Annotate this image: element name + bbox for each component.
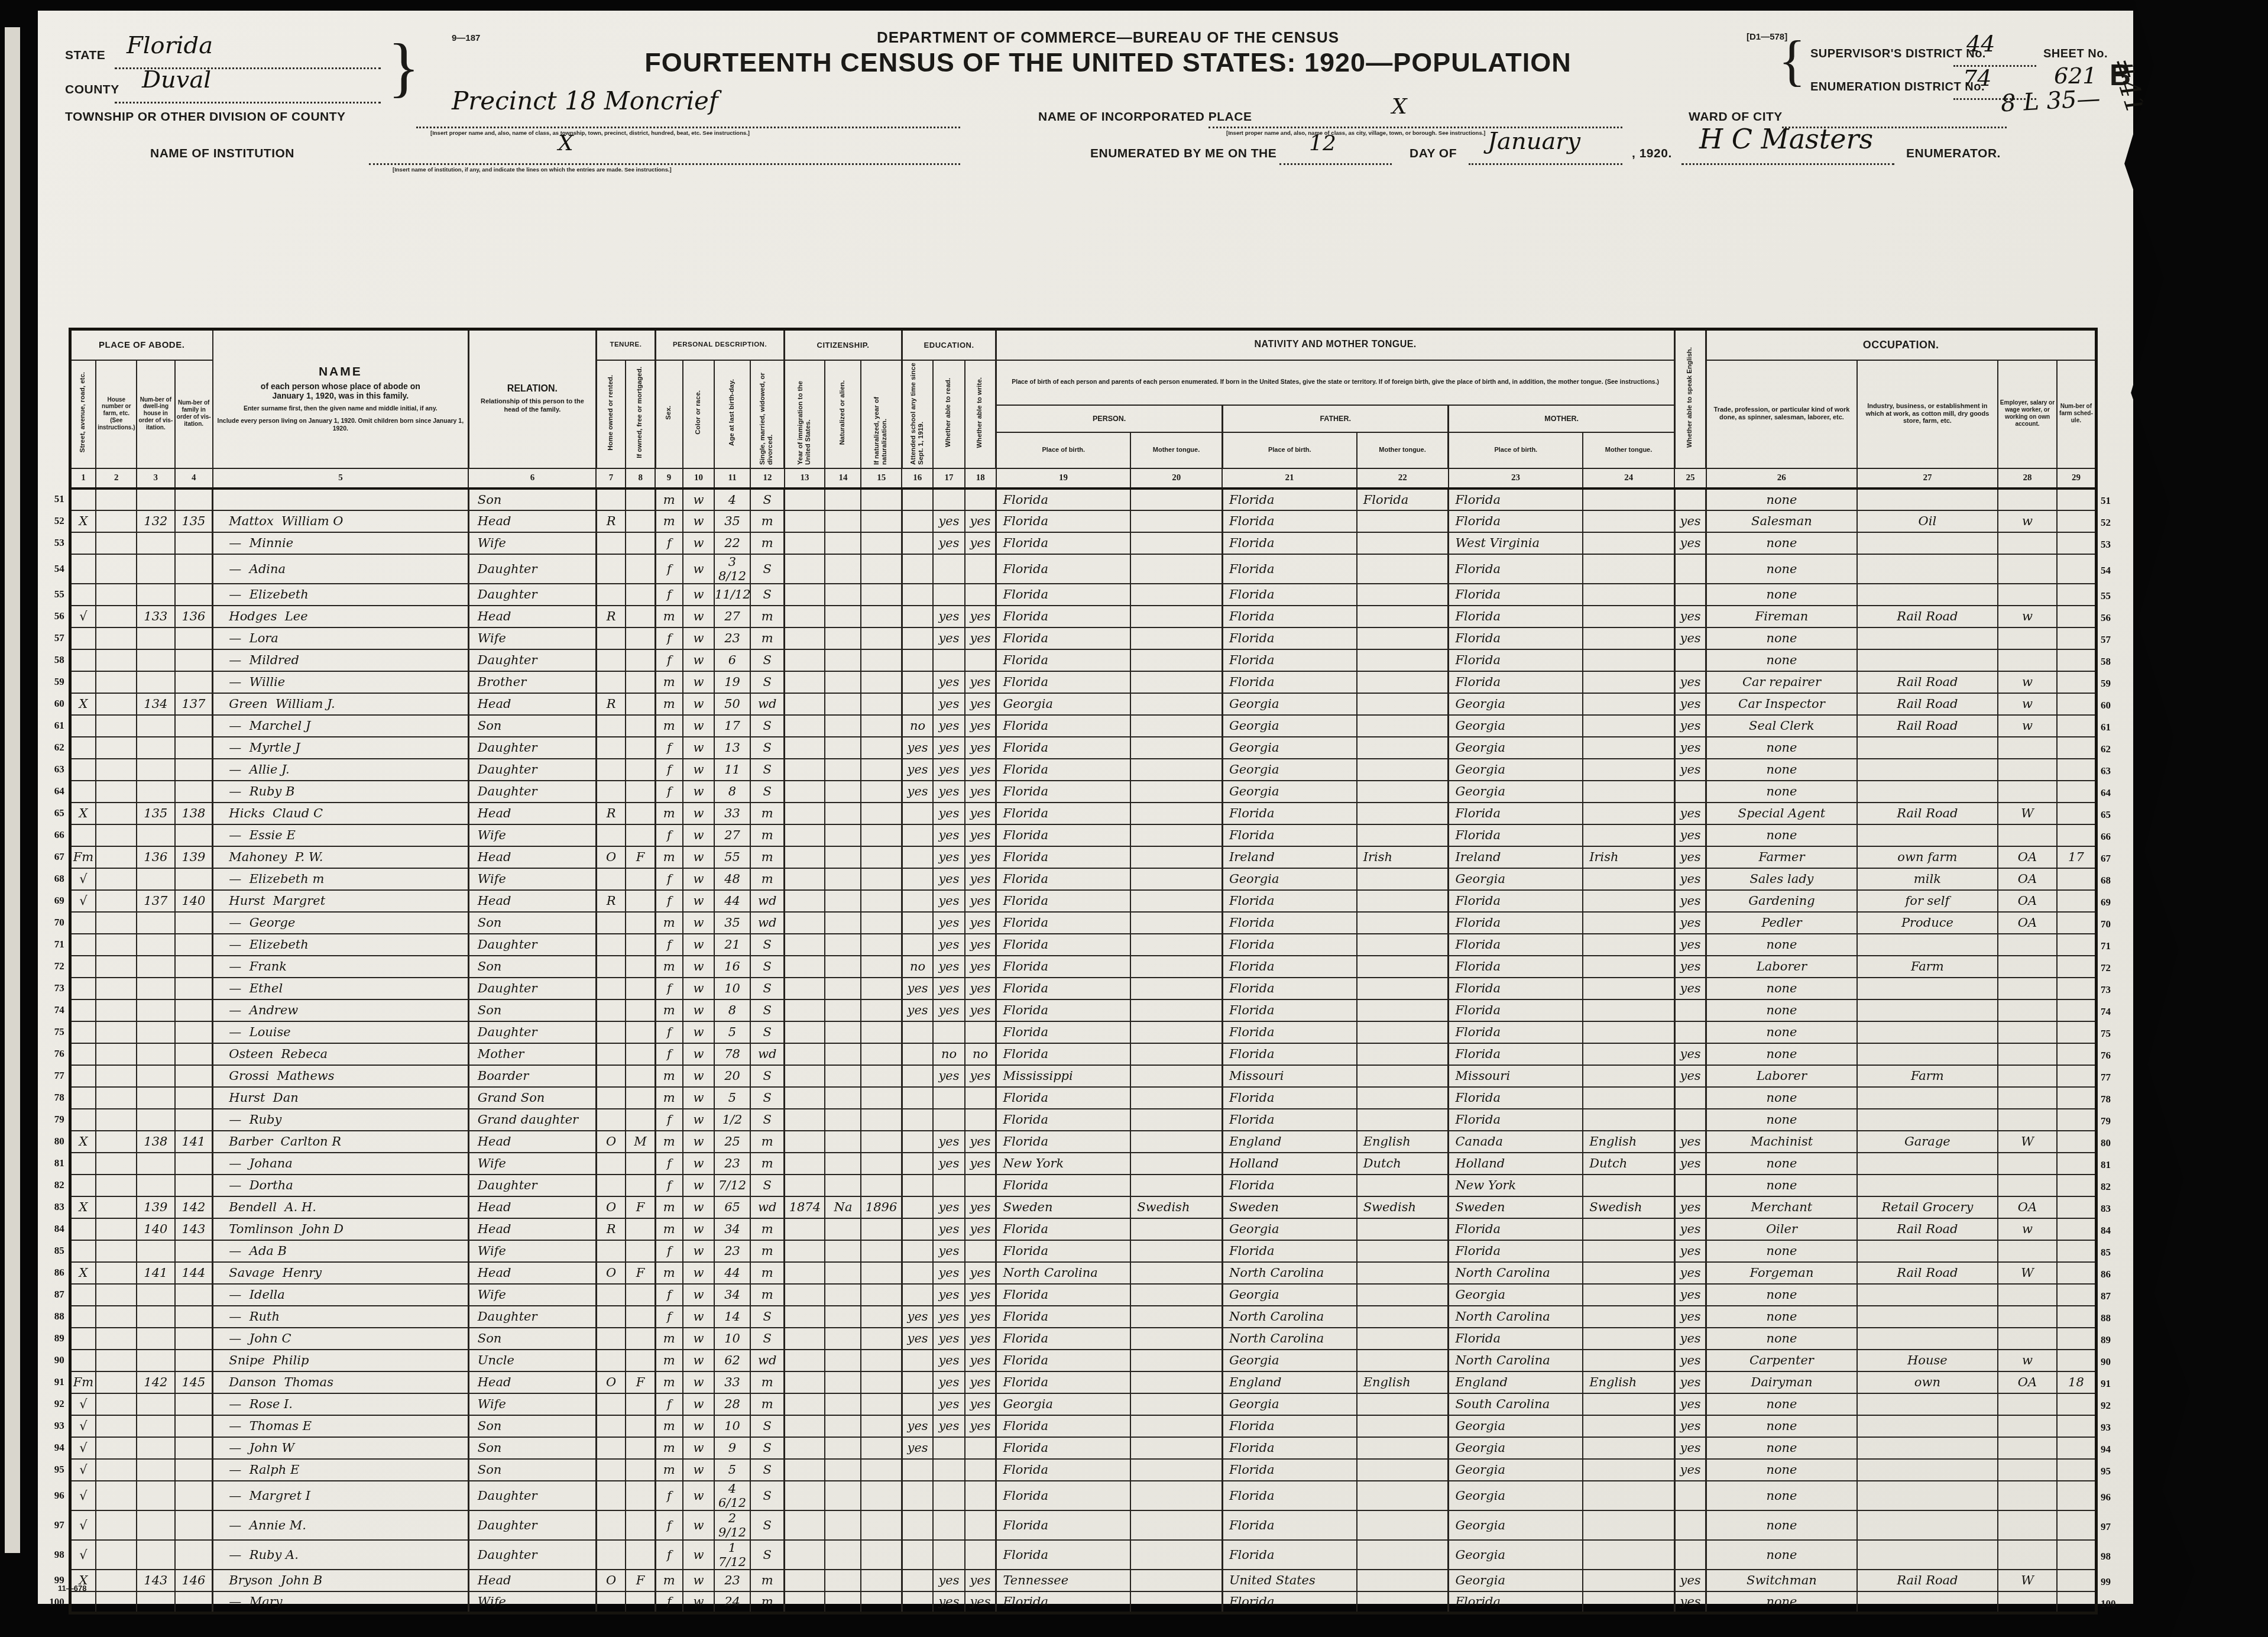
cell-industry: own: [1857, 1371, 1998, 1393]
cell-free-mortgaged: [626, 606, 655, 627]
cell-sex: f: [655, 934, 683, 956]
cell-age: 21: [714, 934, 750, 956]
cell-naturalized: [825, 868, 861, 890]
cell-name: — Ralph E: [213, 1459, 468, 1481]
cell-attended-school: [902, 1284, 933, 1306]
column-header-family-number: Num-ber of family in order of vis-itatio…: [175, 360, 213, 468]
cell-marital: m: [750, 510, 785, 532]
cell-speaks-english: yes: [1674, 1262, 1706, 1284]
cell-family-number: [175, 956, 213, 978]
cell-trade: none: [1706, 759, 1857, 781]
cell-speaks-english: yes: [1674, 510, 1706, 532]
cell-mother-tongue: [1130, 1262, 1222, 1284]
cell-naturalized: [825, 1175, 861, 1196]
cell-street-mark: [70, 781, 96, 803]
cell-name: — Andrew: [213, 999, 468, 1021]
census-row: 54 — Adina Daughter f w 3 8/12 S Florida…: [45, 554, 2123, 584]
cell-mother-tongue: [1130, 890, 1222, 912]
cell-street-mark: [70, 627, 96, 649]
column-header-street: Street, avenue, road, etc.: [70, 360, 96, 468]
cell-marital: S: [750, 759, 785, 781]
cell-industry: [1857, 1087, 1998, 1109]
cell-speaks-english: [1674, 1510, 1706, 1540]
cell-mother-tongue: [1130, 934, 1222, 956]
cell-street-mark: [70, 649, 96, 671]
cell-sex: f: [655, 1591, 683, 1613]
cell-home-owned: O: [596, 1131, 626, 1153]
cell-relation: Daughter: [468, 1306, 596, 1328]
cell-marital: wd: [750, 1196, 785, 1218]
cell-color: w: [683, 584, 714, 606]
census-row: 61 — Marchel J Son m w 17 S no yes yes F…: [45, 715, 2123, 737]
cell-able-to-read: yes: [933, 956, 964, 978]
cell-color: w: [683, 1131, 714, 1153]
cell-home-owned: [596, 627, 626, 649]
cell-sex: m: [655, 1262, 683, 1284]
cell-immigration-year: [785, 1393, 825, 1415]
cell-able-to-read: yes: [933, 1570, 964, 1591]
cell-free-mortgaged: [626, 1087, 655, 1109]
cell-father-mother-tongue: [1357, 1570, 1449, 1591]
cell-mother-place-of-birth: South Carolina: [1449, 1393, 1583, 1415]
cell-mother-mother-tongue: [1583, 1087, 1674, 1109]
cell-place-of-birth: Florida: [996, 649, 1130, 671]
cell-farm-schedule: [2057, 934, 2097, 956]
cell-mother-mother-tongue: [1583, 1540, 1674, 1570]
cell-trade: Laborer: [1706, 1065, 1857, 1087]
cell-industry: Farm: [1857, 1065, 1998, 1087]
cell-name: — Dortha: [213, 1175, 468, 1196]
cell-naturalization-year: [861, 1459, 902, 1481]
cell-mother-place-of-birth: Sweden: [1449, 1196, 1583, 1218]
cell-farm-schedule: [2057, 978, 2097, 999]
cell-sex: f: [655, 890, 683, 912]
cell-trade: Pedler: [1706, 912, 1857, 934]
cell-able-to-write: no: [965, 1043, 996, 1065]
cell-able-to-write: yes: [965, 824, 996, 846]
cell-naturalization-year: [861, 1393, 902, 1415]
cell-able-to-write: [965, 1021, 996, 1043]
cell-father-mother-tongue: [1357, 803, 1449, 824]
cell-home-owned: [596, 1437, 626, 1459]
cell-mother-mother-tongue: [1583, 693, 1674, 715]
nativity-description: Place of birth of each person and parent…: [996, 360, 1675, 405]
cell-father-mother-tongue: [1357, 1510, 1449, 1540]
cell-home-owned: R: [596, 1218, 626, 1240]
cell-sex: m: [655, 1065, 683, 1087]
cell-home-owned: R: [596, 510, 626, 532]
cell-father-mother-tongue: [1357, 1459, 1449, 1481]
cell-attended-school: [902, 803, 933, 824]
cell-father-mother-tongue: [1357, 1262, 1449, 1284]
cell-speaks-english: yes: [1674, 627, 1706, 649]
cell-naturalization-year: [861, 781, 902, 803]
incorporated-place-value: X: [1392, 95, 1407, 119]
cell-age: 6: [714, 649, 750, 671]
cell-immigration-year: [785, 1131, 825, 1153]
cell-dwelling-number: [137, 1459, 174, 1481]
column-header-house-number: House number or farm, etc. (See instruct…: [96, 360, 137, 468]
cell-dwelling-number: [137, 737, 174, 759]
cell-employer-class: W: [1998, 1262, 2057, 1284]
cell-naturalized: [825, 759, 861, 781]
cell-mother-tongue: [1130, 649, 1222, 671]
cell-family-number: [175, 1284, 213, 1306]
cell-street-mark: X: [70, 803, 96, 824]
cell-father-place-of-birth: North Carolina: [1222, 1328, 1356, 1350]
cell-name: — John W: [213, 1437, 468, 1459]
cell-dwelling-number: [137, 912, 174, 934]
row-number-value: 89: [2101, 1334, 2118, 1346]
cell-able-to-write: yes: [965, 1591, 996, 1613]
cell-naturalized: [825, 1371, 861, 1393]
cell-name: — Rose I.: [213, 1393, 468, 1415]
row-number-left: 53: [45, 532, 70, 554]
cell-house-number: [96, 1218, 137, 1240]
row-number-value: 68: [2101, 875, 2118, 887]
cell-relation: Head: [468, 1218, 596, 1240]
cell-able-to-read: [933, 649, 964, 671]
cell-mother-tongue: [1130, 1415, 1222, 1437]
cell-street-mark: [70, 1021, 96, 1043]
row-number-right: 56646: [2096, 606, 2123, 627]
cell-home-owned: [596, 781, 626, 803]
row-number-value: 92: [2101, 1400, 2118, 1412]
cell-age: 33: [714, 1371, 750, 1393]
cell-relation: Son: [468, 1437, 596, 1459]
cell-attended-school: [902, 1021, 933, 1043]
cell-mother-tongue: [1130, 1109, 1222, 1131]
cell-employer-class: [1998, 1415, 2057, 1437]
cell-able-to-write: yes: [965, 1131, 996, 1153]
cell-mother-mother-tongue: [1583, 1481, 1674, 1510]
cell-mother-place-of-birth: Florida: [1449, 934, 1583, 956]
census-row: 87 — Idella Wife f w 34 m yes yes Florid…: [45, 1284, 2123, 1306]
cell-mother-mother-tongue: [1583, 510, 1674, 532]
census-row: 64 — Ruby B Daughter f w 8 S yes yes yes…: [45, 781, 2123, 803]
column-number: 27: [1857, 468, 1998, 488]
cell-speaks-english: [1674, 1021, 1706, 1043]
cell-name: Mattox William O: [213, 510, 468, 532]
cell-mother-place-of-birth: Holland: [1449, 1153, 1583, 1175]
cell-employer-class: [1998, 999, 2057, 1021]
column-header-sex: Sex.: [655, 360, 683, 468]
row-number-value: 70: [2101, 918, 2118, 930]
cell-farm-schedule: [2057, 1459, 2097, 1481]
cell-speaks-english: yes: [1674, 934, 1706, 956]
cell-immigration-year: [785, 715, 825, 737]
cell-name: — Ruth: [213, 1306, 468, 1328]
name-subtitle: of each person whose place of abode on: [213, 381, 468, 391]
cell-industry: [1857, 824, 1998, 846]
census-row: 96 √ — Margret I Daughter f w 4 6/12 S F…: [45, 1481, 2123, 1510]
cell-naturalized: [825, 1109, 861, 1131]
cell-family-number: [175, 715, 213, 737]
cell-house-number: [96, 1591, 137, 1613]
cell-free-mortgaged: [626, 1021, 655, 1043]
cell-mother-tongue: [1130, 1087, 1222, 1109]
row-number-value: 96: [2101, 1492, 2118, 1503]
cell-naturalization-year: [861, 999, 902, 1021]
cell-immigration-year: [785, 934, 825, 956]
cell-naturalization-year: [861, 759, 902, 781]
cell-place-of-birth: Florida: [996, 1510, 1130, 1540]
row-number-left: 59: [45, 671, 70, 693]
cell-mother-tongue: [1130, 671, 1222, 693]
cell-family-number: [175, 999, 213, 1021]
cell-attended-school: [902, 824, 933, 846]
row-number-left: 88: [45, 1306, 70, 1328]
cell-marital: m: [750, 1218, 785, 1240]
cell-mother-mother-tongue: [1583, 1109, 1674, 1131]
cell-home-owned: [596, 532, 626, 554]
cell-mother-place-of-birth: Missouri: [1449, 1065, 1583, 1087]
census-row: 73 — Ethel Daughter f w 10 S yes yes yes…: [45, 978, 2123, 999]
column-header-employer-class: Employer, salary or wage worker, or work…: [1998, 360, 2057, 468]
cell-family-number: [175, 934, 213, 956]
cell-house-number: [96, 1415, 137, 1437]
cell-able-to-read: yes: [933, 890, 964, 912]
column-number: 22: [1357, 468, 1449, 488]
cell-house-number: [96, 584, 137, 606]
cell-employer-class: w: [1998, 671, 2057, 693]
cell-naturalization-year: [861, 1591, 902, 1613]
row-number-value: 98: [2101, 1551, 2118, 1562]
cell-mother-place-of-birth: Georgia: [1449, 1415, 1583, 1437]
cell-free-mortgaged: [626, 554, 655, 584]
cell-color: w: [683, 1328, 714, 1350]
cell-house-number: [96, 649, 137, 671]
cell-name: — Adina: [213, 554, 468, 584]
cell-sex: f: [655, 978, 683, 999]
row-number-right: 86644: [2096, 1262, 2123, 1284]
cell-mother-mother-tongue: [1583, 1043, 1674, 1065]
cell-father-mother-tongue: [1357, 1393, 1449, 1415]
cell-sex: f: [655, 1043, 683, 1065]
cell-place-of-birth: Florida: [996, 978, 1130, 999]
row-number-right: 94: [2096, 1437, 2123, 1459]
cell-able-to-write: yes: [965, 1393, 996, 1415]
cell-mother-place-of-birth: Florida: [1449, 671, 1583, 693]
cell-dwelling-number: [137, 554, 174, 584]
cell-speaks-english: yes: [1674, 1284, 1706, 1306]
row-number-left: 64: [45, 781, 70, 803]
cell-place-of-birth: Florida: [996, 781, 1130, 803]
cell-father-place-of-birth: Florida: [1222, 1021, 1356, 1043]
cell-industry: [1857, 978, 1998, 999]
cell-mother-mother-tongue: [1583, 649, 1674, 671]
cell-industry: Rail Road: [1857, 671, 1998, 693]
cell-industry: Oil: [1857, 510, 1998, 532]
row-number-left: 54: [45, 554, 70, 584]
cell-house-number: [96, 606, 137, 627]
row-number-left: 74: [45, 999, 70, 1021]
cell-father-mother-tongue: [1357, 1591, 1449, 1613]
cell-industry: [1857, 934, 1998, 956]
column-number: 26: [1706, 468, 1857, 488]
row-number-right: 89: [2096, 1328, 2123, 1350]
cell-farm-schedule: [2057, 627, 2097, 649]
cell-free-mortgaged: [626, 649, 655, 671]
census-row: 67 Fm 136 139 Mahoney P. W. Head O F m w…: [45, 846, 2123, 868]
cell-farm-schedule: [2057, 868, 2097, 890]
cell-farm-schedule: [2057, 671, 2097, 693]
cell-marital: S: [750, 999, 785, 1021]
cell-speaks-english: yes: [1674, 1459, 1706, 1481]
row-number-value: 91: [2101, 1378, 2118, 1390]
cell-color: w: [683, 1262, 714, 1284]
cell-marital: S: [750, 1021, 785, 1043]
cell-family-number: [175, 1109, 213, 1131]
cell-attended-school: [902, 1591, 933, 1613]
cell-mother-place-of-birth: Florida: [1449, 999, 1583, 1021]
cell-father-mother-tongue: Irish: [1357, 846, 1449, 868]
cell-dwelling-number: [137, 1153, 174, 1175]
cell-immigration-year: [785, 759, 825, 781]
cell-color: w: [683, 671, 714, 693]
row-number-right: 92: [2096, 1393, 2123, 1415]
cell-place-of-birth: Florida: [996, 1284, 1130, 1306]
column-header-home-owned: Home owned or rented.: [596, 360, 626, 468]
cell-house-number: [96, 1437, 137, 1459]
cell-age: 25: [714, 1131, 750, 1153]
census-sheet: 9—187 DEPARTMENT OF COMMERCE—BUREAU OF T…: [38, 11, 2133, 1604]
cell-free-mortgaged: [626, 584, 655, 606]
cell-attended-school: [902, 1175, 933, 1196]
row-number-right: 66: [2096, 824, 2123, 846]
cell-free-mortgaged: [626, 671, 655, 693]
cell-naturalized: [825, 999, 861, 1021]
cell-trade: none: [1706, 1591, 1857, 1613]
cell-able-to-read: yes: [933, 781, 964, 803]
column-number: 25: [1674, 468, 1706, 488]
row-number-left: 100: [45, 1591, 70, 1613]
cell-age: 11/12: [714, 584, 750, 606]
cell-color: w: [683, 1109, 714, 1131]
cell-trade: none: [1706, 1481, 1857, 1510]
cell-father-mother-tongue: [1357, 1350, 1449, 1371]
cell-able-to-read: yes: [933, 1262, 964, 1284]
census-row: 69 √ 137 140 Hurst Margret Head R f w 44…: [45, 890, 2123, 912]
cell-employer-class: [1998, 554, 2057, 584]
cell-able-to-read: [933, 1437, 964, 1459]
cell-dwelling-number: 139: [137, 1196, 174, 1218]
cell-age: 5: [714, 1087, 750, 1109]
cell-dwelling-number: 134: [137, 693, 174, 715]
cell-immigration-year: [785, 1306, 825, 1328]
cell-able-to-write: yes: [965, 781, 996, 803]
cell-naturalized: [825, 912, 861, 934]
cell-trade: Gardening: [1706, 890, 1857, 912]
cell-mother-tongue: [1130, 1371, 1222, 1393]
cell-relation: Son: [468, 956, 596, 978]
cell-name: — Margret I: [213, 1481, 468, 1510]
cell-naturalized: [825, 846, 861, 868]
cell-able-to-write: yes: [965, 1415, 996, 1437]
cell-color: w: [683, 1437, 714, 1459]
cell-able-to-write: yes: [965, 693, 996, 715]
cell-father-place-of-birth: England: [1222, 1131, 1356, 1153]
cell-age: 16: [714, 956, 750, 978]
cell-free-mortgaged: [626, 999, 655, 1021]
cell-sex: m: [655, 671, 683, 693]
cell-mother-tongue: [1130, 532, 1222, 554]
cell-house-number: [96, 781, 137, 803]
cell-trade: Car repairer: [1706, 671, 1857, 693]
row-number-value: 78: [2101, 1094, 2118, 1105]
cell-relation: Wife: [468, 1393, 596, 1415]
row-number-value: 86: [2101, 1269, 2118, 1280]
cell-place-of-birth: Florida: [996, 584, 1130, 606]
cell-naturalization-year: [861, 1570, 902, 1591]
cell-speaks-english: yes: [1674, 1393, 1706, 1415]
nativity-person-header: PERSON.: [996, 405, 1223, 432]
cell-name: — Marchel J: [213, 715, 468, 737]
cell-mother-place-of-birth: Georgia: [1449, 1570, 1583, 1591]
cell-employer-class: [1998, 1510, 2057, 1540]
cell-speaks-english: yes: [1674, 715, 1706, 737]
cell-name: Bendell A. H.: [213, 1196, 468, 1218]
cell-industry: [1857, 1306, 1998, 1328]
cell-attended-school: [902, 554, 933, 584]
cell-free-mortgaged: [626, 1065, 655, 1087]
cell-attended-school: yes: [902, 978, 933, 999]
cell-able-to-read: yes: [933, 824, 964, 846]
cell-place-of-birth: Florida: [996, 1021, 1130, 1043]
cell-relation: Boarder: [468, 1065, 596, 1087]
cell-mother-tongue: [1130, 737, 1222, 759]
cell-dwelling-number: [137, 715, 174, 737]
cell-immigration-year: [785, 1415, 825, 1437]
column-header-school: Attended school any time since Sept. 1, …: [902, 360, 933, 468]
cell-mother-mother-tongue: [1583, 781, 1674, 803]
cell-name: — Willie: [213, 671, 468, 693]
cell-dwelling-number: 133: [137, 606, 174, 627]
cell-immigration-year: [785, 999, 825, 1021]
cell-family-number: [175, 824, 213, 846]
cell-home-owned: O: [596, 1196, 626, 1218]
cell-able-to-read: yes: [933, 1371, 964, 1393]
cell-home-owned: [596, 1328, 626, 1350]
cell-attended-school: [902, 584, 933, 606]
scan-edge-strip: [5, 27, 20, 1553]
cell-color: w: [683, 488, 714, 510]
cell-color: w: [683, 759, 714, 781]
cell-immigration-year: [785, 510, 825, 532]
cell-employer-class: w: [1998, 1350, 2057, 1371]
cell-sex: f: [655, 1393, 683, 1415]
row-number-value: 97: [2101, 1521, 2118, 1533]
cell-sex: m: [655, 956, 683, 978]
cell-able-to-read: yes: [933, 1196, 964, 1218]
row-number-left: 69: [45, 890, 70, 912]
cell-farm-schedule: [2057, 1415, 2097, 1437]
cell-father-place-of-birth: Florida: [1222, 1175, 1356, 1196]
row-number-value: 56: [2101, 612, 2118, 624]
cell-father-place-of-birth: Florida: [1222, 1109, 1356, 1131]
cell-street-mark: [70, 956, 96, 978]
cell-able-to-write: yes: [965, 1065, 996, 1087]
cell-color: w: [683, 890, 714, 912]
cell-trade: none: [1706, 488, 1857, 510]
row-number-left: 65: [45, 803, 70, 824]
cell-employer-class: W: [1998, 1131, 2057, 1153]
cell-street-mark: √: [70, 1481, 96, 1510]
cell-house-number: [96, 934, 137, 956]
cell-name: — George: [213, 912, 468, 934]
cell-able-to-write: yes: [965, 715, 996, 737]
cell-able-to-write: yes: [965, 1328, 996, 1350]
